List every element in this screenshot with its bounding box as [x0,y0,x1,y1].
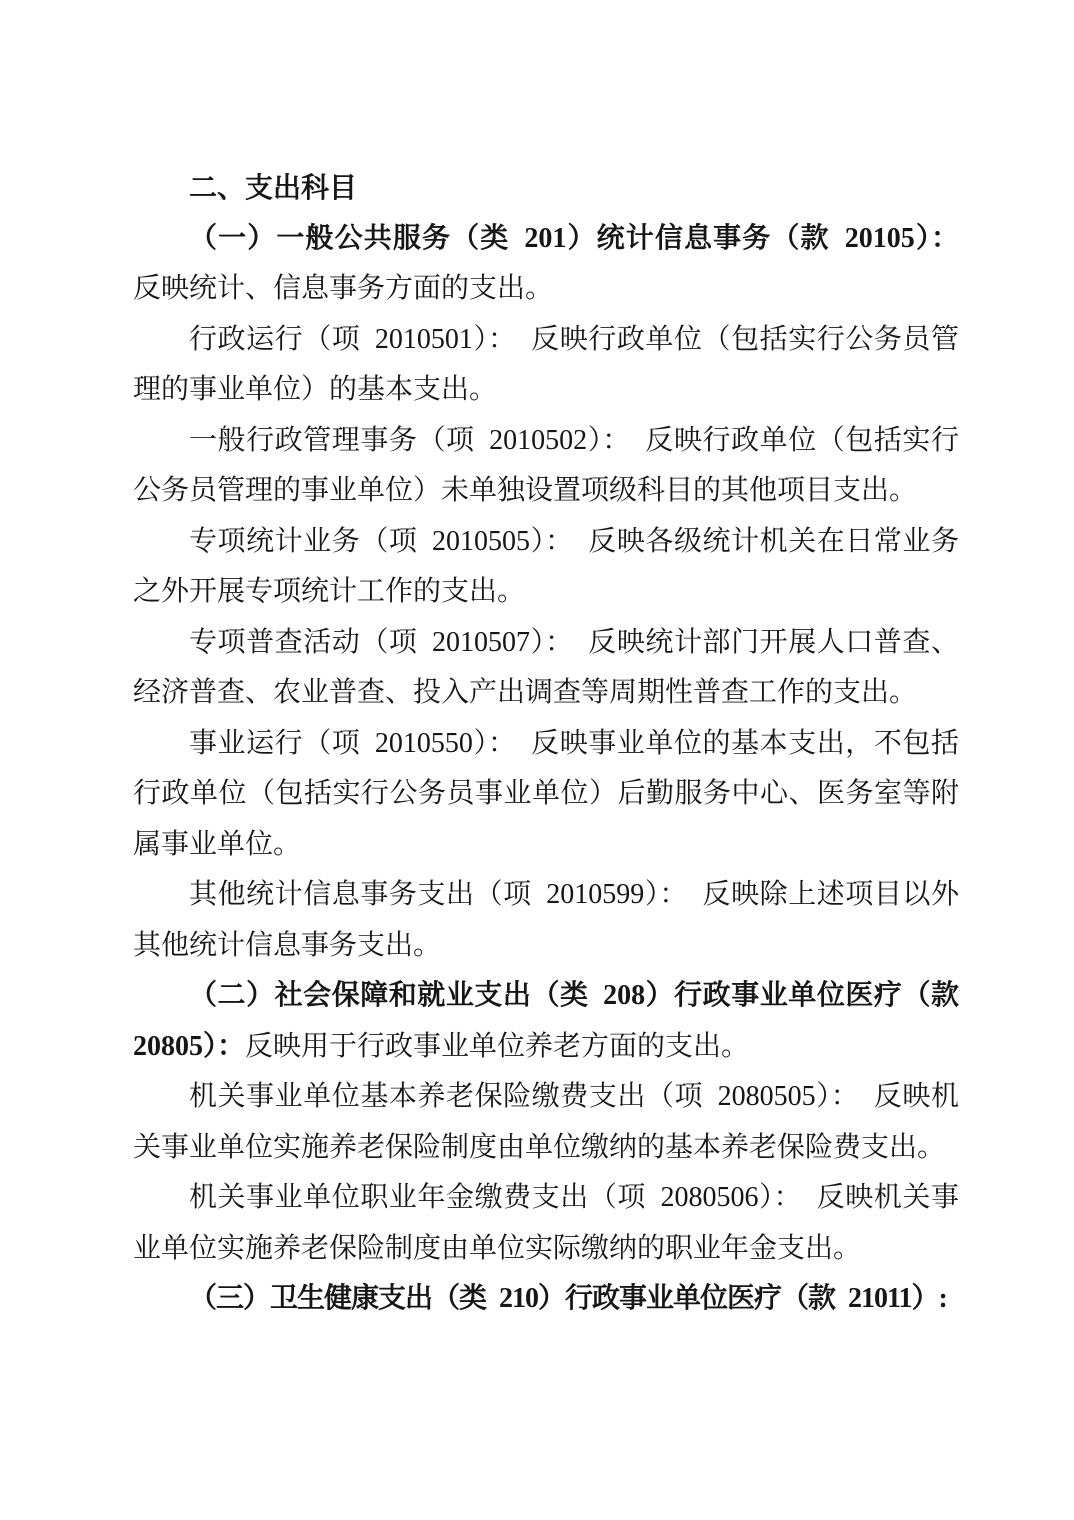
paragraph: 其他统计信息事务支出（项 2010599）： 反映除上述项目以外其他统计信息事务… [133,870,959,971]
paragraph: 行政运行（项 2010501）： 反映行政单位（包括实行公务员管理的事业单位）的… [133,315,959,416]
paragraph: （三）卫生健康支出（类 210）行政事业单位医疗（款 21011）: [133,1274,959,1325]
text-run: 机关事业单位基本养老保险缴费支出（项 2080505）： 反映机关事业单位实施养… [133,1081,959,1163]
paragraph: （一）一般公共服务（类 201）统计信息事务（款 20105）：反映统计、信息事… [133,214,959,315]
paragraph: 机关事业单位职业年金缴费支出（项 2080506）： 反映机关事业单位实施养老保… [133,1173,959,1274]
text-run: 一般行政管理事务（项 2010502）： 反映行政单位（包括实行公务员管理的事业… [133,425,959,507]
text-run: 反映用于行政事业单位养老方面的支出。 [245,1031,749,1062]
text-run: 反映统计、信息事务方面的支出。 [133,273,553,304]
document-content: 二、支出科目 （一）一般公共服务（类 201）统计信息事务（款 20105）：反… [133,163,959,1325]
text-run: 机关事业单位职业年金缴费支出（项 2080506）： 反映机关事业单位实施养老保… [133,1182,959,1264]
section-heading-container: 二、支出科目 [133,163,959,214]
paragraph: 专项统计业务（项 2010505）： 反映各级统计机关在日常业务之外开展专项统计… [133,517,959,618]
paragraph: （二）社会保障和就业支出（类 208）行政事业单位医疗（款 20805）：反映用… [133,971,959,1072]
paragraph: 一般行政管理事务（项 2010502）： 反映行政单位（包括实行公务员管理的事业… [133,416,959,517]
bold-run: （一）一般公共服务（类 201）统计信息事务（款 20105）： [189,223,959,254]
paragraph: 事业运行（项 2010550）： 反映事业单位的基本支出，不包括行政单位（包括实… [133,719,959,871]
bold-run: （三）卫生健康支出（类 210）行政事业单位医疗（款 21011）: [189,1283,947,1314]
text-run: 其他统计信息事务支出（项 2010599）： 反映除上述项目以外其他统计信息事务… [133,879,959,961]
paragraph: 机关事业单位基本养老保险缴费支出（项 2080505）： 反映机关事业单位实施养… [133,1072,959,1173]
document-page: 二、支出科目 （一）一般公共服务（类 201）统计信息事务（款 20105）：反… [0,0,1074,1520]
text-run: 事业运行（项 2010550）： 反映事业单位的基本支出，不包括行政单位（包括实… [133,728,959,860]
section-heading: 二、支出科目 [189,172,357,203]
text-run: 专项统计业务（项 2010505）： 反映各级统计机关在日常业务之外开展专项统计… [133,526,959,608]
text-run: 行政运行（项 2010501）： 反映行政单位（包括实行公务员管理的事业单位）的… [133,324,959,406]
paragraph: 专项普查活动（项 2010507）： 反映统计部门开展人口普查、经济普查、农业普… [133,618,959,719]
text-run: 专项普查活动（项 2010507）： 反映统计部门开展人口普查、经济普查、农业普… [133,627,959,709]
